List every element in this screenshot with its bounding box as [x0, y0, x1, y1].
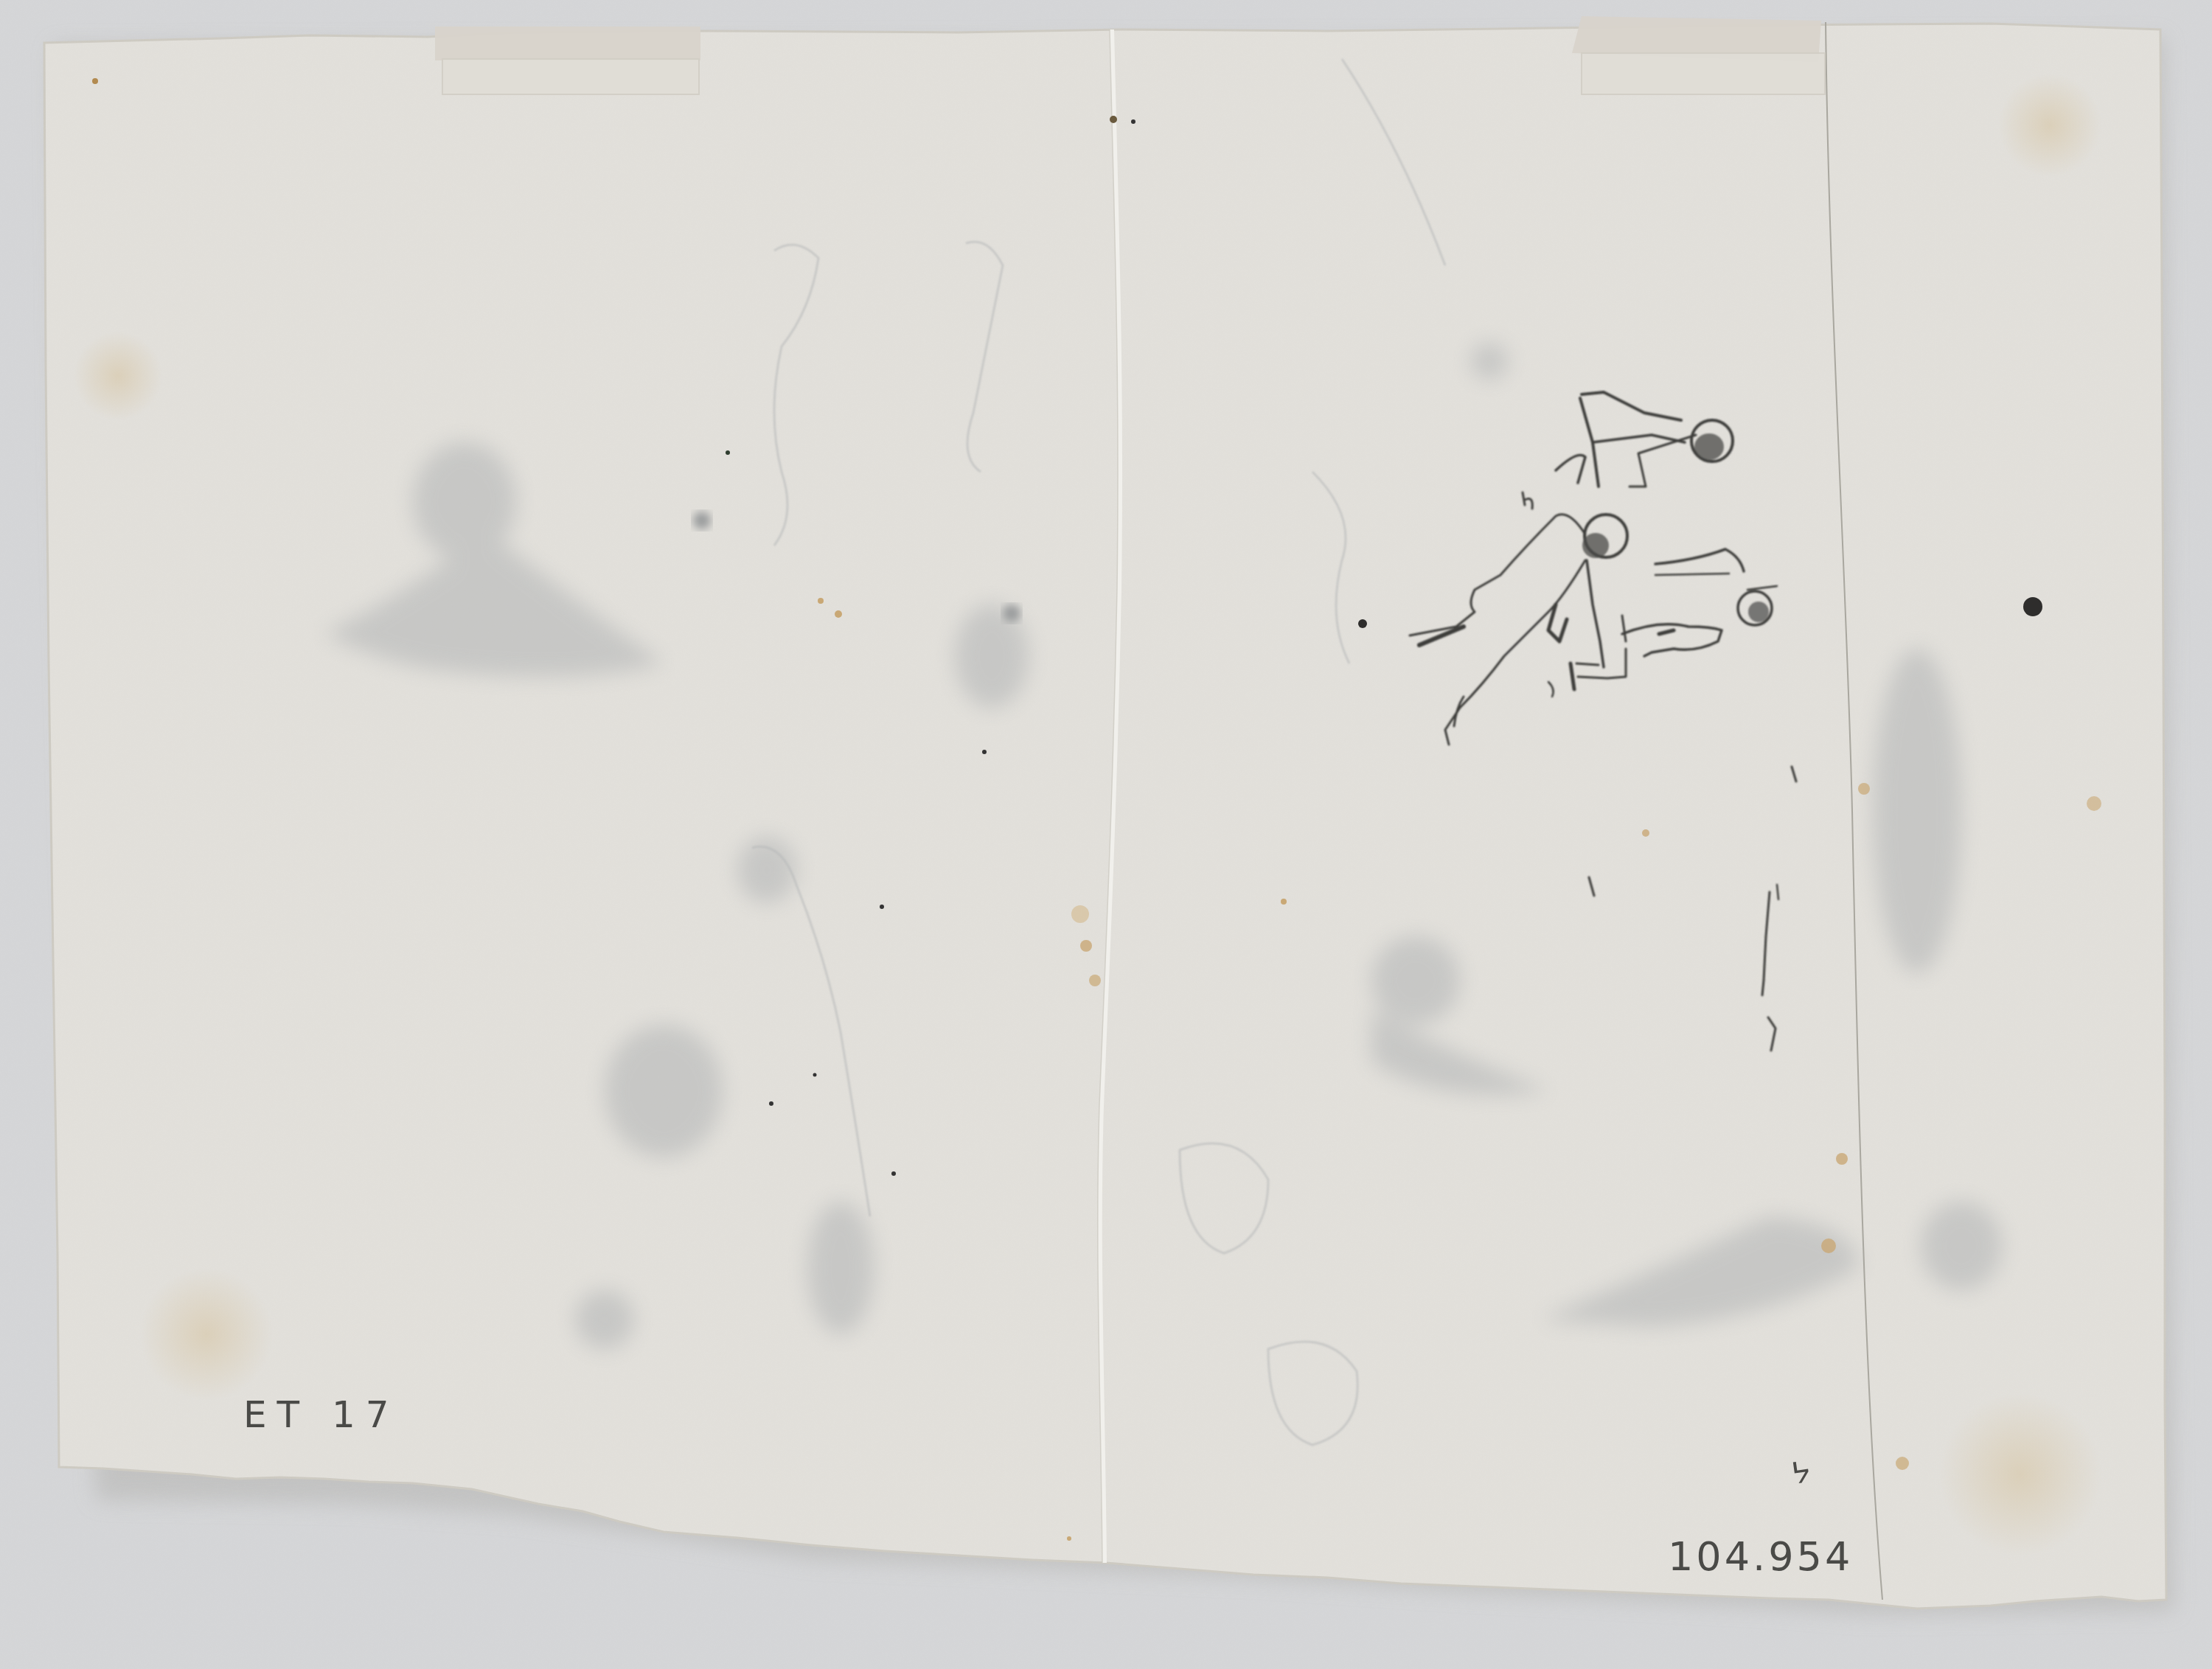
inventory-number: 104.954 — [1668, 1533, 1853, 1580]
drawing-sheet-photo: ET 17 ᔭ 104.954 — [0, 0, 2212, 1669]
inventory-mark-et17: ET 17 — [243, 1393, 400, 1436]
hinge-tape-left — [435, 27, 700, 94]
inventory-mark-symbol: ᔭ — [1790, 1454, 1817, 1491]
hinge-tape-right — [1572, 16, 1825, 94]
